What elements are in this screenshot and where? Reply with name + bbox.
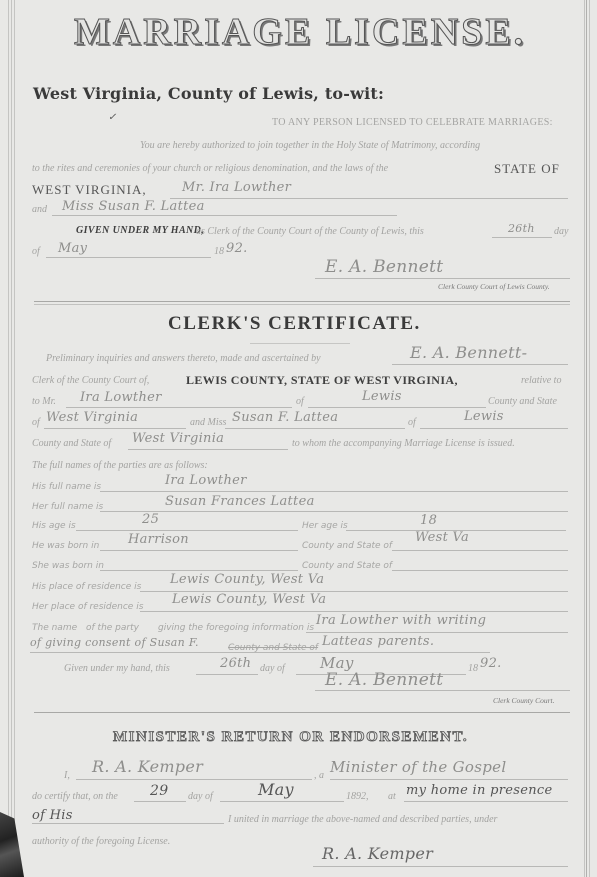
groom-line bbox=[170, 198, 568, 199]
relative-to: relative to bbox=[521, 375, 561, 386]
i-label: I, bbox=[64, 770, 70, 781]
he-born-label: He was born in bbox=[32, 541, 99, 551]
minister-day-of: day of bbox=[188, 791, 213, 802]
united-text: I united in marriage the above-named and… bbox=[228, 814, 497, 825]
jurisdiction-heading: West Virginia, County of Lewis, to-wit: bbox=[33, 84, 384, 103]
state-of-label: STATE OF bbox=[494, 161, 560, 177]
clerk-signature: E. A. Bennett bbox=[325, 257, 443, 277]
authority-text: authority of the foregoing License. bbox=[32, 836, 170, 847]
his-age-label: His age is bbox=[32, 521, 76, 531]
his-age: 25 bbox=[142, 512, 159, 527]
section-divider bbox=[34, 712, 570, 713]
miss-name-line bbox=[225, 428, 405, 429]
day-of-label: day of bbox=[260, 663, 285, 674]
prelim-text: Preliminary inquiries and answers theret… bbox=[46, 353, 321, 364]
place-line-2 bbox=[32, 823, 224, 824]
prelim-line bbox=[392, 364, 568, 365]
binder-clip-object bbox=[0, 812, 24, 877]
county-state-bold: LEWIS COUNTY, STATE OF WEST VIRGINIA, bbox=[186, 373, 458, 388]
her-full-name-label: Her full name is bbox=[32, 502, 103, 512]
day-label: day bbox=[554, 226, 568, 237]
she-born-state-line bbox=[392, 570, 568, 571]
her-residence-label: Her place of residence is bbox=[32, 602, 143, 612]
minister-year: 1892, bbox=[346, 791, 369, 802]
minister-title-handwritten: Minister of the Gospel bbox=[330, 758, 506, 776]
clerk-caption: Clerk County Court of Lewis County. bbox=[438, 282, 550, 291]
license-body-line-2: to the rites and ceremonies of your chur… bbox=[32, 163, 388, 174]
check-mark: ✓ bbox=[108, 112, 117, 123]
of-label-1: of bbox=[296, 396, 304, 407]
full-names-intro: The full names of the parties are as fol… bbox=[32, 460, 208, 471]
mr-name-line bbox=[66, 407, 292, 408]
informant-struck-text: County and State of bbox=[228, 643, 318, 653]
right-border-line bbox=[586, 0, 587, 877]
he-born: Harrison bbox=[128, 532, 189, 547]
she-born-line bbox=[100, 570, 298, 571]
cert-day-line bbox=[196, 674, 258, 675]
at-label: at bbox=[388, 791, 396, 802]
informant-value-2-post: Latteas parents. bbox=[322, 634, 434, 649]
license-day: 26th bbox=[508, 222, 535, 235]
left-border-line bbox=[14, 0, 15, 877]
minister-month-line bbox=[220, 801, 344, 802]
section-divider bbox=[34, 301, 570, 302]
mr-state: West Virginia bbox=[46, 410, 138, 425]
and-miss-label: and Miss bbox=[190, 417, 226, 428]
license-year: 92. bbox=[226, 241, 248, 256]
her-residence-line bbox=[140, 611, 568, 612]
miss-county-line bbox=[420, 428, 568, 429]
document-title: MARRIAGE LICENSE. bbox=[74, 10, 526, 54]
bride-name: Miss Susan F. Lattea bbox=[62, 199, 205, 214]
given-under-hand-cert: Given under my hand, this bbox=[64, 663, 170, 674]
she-born-label: She was born in bbox=[32, 561, 104, 571]
minister-signature-line bbox=[313, 866, 568, 867]
he-born-line bbox=[100, 550, 298, 551]
place-line-1 bbox=[404, 801, 568, 802]
minister-day-line bbox=[134, 801, 186, 802]
cert-day: 26th bbox=[220, 656, 251, 671]
county-and-state-label: County and State bbox=[488, 396, 557, 407]
cert-signature: E. A. Bennett bbox=[325, 670, 443, 690]
cert-year-prefix: 18 bbox=[468, 663, 478, 674]
given-under-hand-bold: GIVEN UNDER MY HAND, bbox=[76, 225, 204, 236]
right-border-line bbox=[589, 0, 590, 877]
of-label-3: of bbox=[408, 417, 416, 428]
of-label: of bbox=[32, 246, 40, 257]
left-border-line bbox=[8, 0, 9, 877]
license-day-line bbox=[492, 237, 552, 238]
place-value-2: of His bbox=[32, 808, 73, 823]
her-full-name-line bbox=[100, 511, 568, 512]
her-age: 18 bbox=[420, 513, 437, 528]
license-year-prefix: 18 bbox=[214, 246, 224, 257]
informant-line-1 bbox=[306, 632, 568, 633]
mr-county-line bbox=[308, 407, 486, 408]
of-label-2: of bbox=[32, 417, 40, 428]
minister-signature: R. A. Kemper bbox=[322, 844, 433, 863]
informant-value-2-pre: of giving consent of Susan F. bbox=[30, 636, 199, 649]
license-month: May bbox=[58, 241, 87, 256]
title-underline bbox=[250, 343, 350, 344]
section-divider bbox=[34, 304, 570, 305]
he-born-state-line bbox=[392, 550, 568, 551]
informant-label-b: of the party bbox=[86, 623, 139, 633]
his-age-line bbox=[76, 530, 298, 531]
to-mr-label: to Mr. bbox=[32, 396, 56, 407]
license-body-line-1: You are hereby authorized to join togeth… bbox=[140, 140, 480, 151]
his-residence-label: His place of residence is bbox=[32, 582, 141, 592]
a-label: , a bbox=[314, 770, 324, 781]
informant-label-c: giving the foregoing information is bbox=[158, 623, 314, 633]
minister-name: R. A. Kemper bbox=[92, 757, 203, 776]
to-whom-text: to whom the accompanying Marriage Licens… bbox=[292, 438, 515, 449]
address-line: TO ANY PERSON LICENSED TO CELEBRATE MARR… bbox=[272, 117, 553, 128]
cert-signature-line bbox=[315, 690, 570, 691]
minister-month: May bbox=[258, 780, 294, 799]
marriage-license-document: MARRIAGE LICENSE. West Virginia, County … bbox=[0, 0, 597, 877]
minister-day: 29 bbox=[150, 783, 168, 799]
certificate-title: CLERK'S CERTIFICATE. bbox=[168, 313, 421, 335]
west-virginia-label: WEST VIRGINIA, bbox=[32, 182, 147, 198]
and-label: and bbox=[32, 204, 47, 215]
county-and-state-of-label: County and State of bbox=[32, 438, 111, 449]
clerk-of-text: Clerk of the County Court of, bbox=[32, 375, 149, 386]
miss-name: Susan F. Lattea bbox=[232, 410, 338, 425]
place-value-1: my home in presence bbox=[406, 783, 552, 798]
her-residence: Lewis County, West Va bbox=[172, 592, 326, 607]
certify-text: do certify that, on the bbox=[32, 791, 118, 802]
mr-county: Lewis bbox=[362, 389, 402, 404]
mr-state-line bbox=[44, 428, 186, 429]
license-month-line bbox=[46, 257, 211, 258]
bride-line bbox=[52, 215, 397, 216]
her-full-name: Susan Frances Lattea bbox=[165, 494, 315, 509]
mr-name: Ira Lowther bbox=[80, 390, 162, 405]
her-age-label: Her age is bbox=[302, 521, 348, 531]
right-border-line bbox=[584, 0, 585, 877]
miss-county: Lewis bbox=[464, 409, 504, 424]
clerk-signature-line bbox=[315, 278, 570, 279]
she-born-state-label: County and State of bbox=[302, 561, 392, 571]
miss-state-line bbox=[128, 449, 288, 450]
his-full-name-label: His full name is bbox=[32, 482, 101, 492]
informant-value-1: Ira Lowther with writing bbox=[316, 613, 486, 628]
his-residence: Lewis County, West Va bbox=[170, 572, 324, 587]
minister-title: MINISTER'S RETURN OR ENDORSEMENT. bbox=[113, 729, 468, 746]
prelim-name: E. A. Bennett- bbox=[410, 343, 527, 362]
he-born-state: West Va bbox=[415, 530, 469, 545]
informant-label-a: The name bbox=[32, 623, 77, 633]
cert-caption: Clerk County Court. bbox=[493, 696, 554, 705]
he-born-state-label: County and State of bbox=[302, 541, 392, 551]
miss-state: West Virginia bbox=[132, 431, 224, 446]
left-border-line bbox=[11, 0, 12, 877]
his-full-name-line bbox=[100, 491, 568, 492]
given-under-hand-text: as Clerk of the County Court of the Coun… bbox=[196, 226, 424, 237]
groom-name: Mr. Ira Lowther bbox=[182, 180, 291, 195]
minister-title-line bbox=[330, 779, 568, 780]
cert-year: 92. bbox=[480, 656, 502, 671]
his-full-name: Ira Lowther bbox=[165, 473, 247, 488]
